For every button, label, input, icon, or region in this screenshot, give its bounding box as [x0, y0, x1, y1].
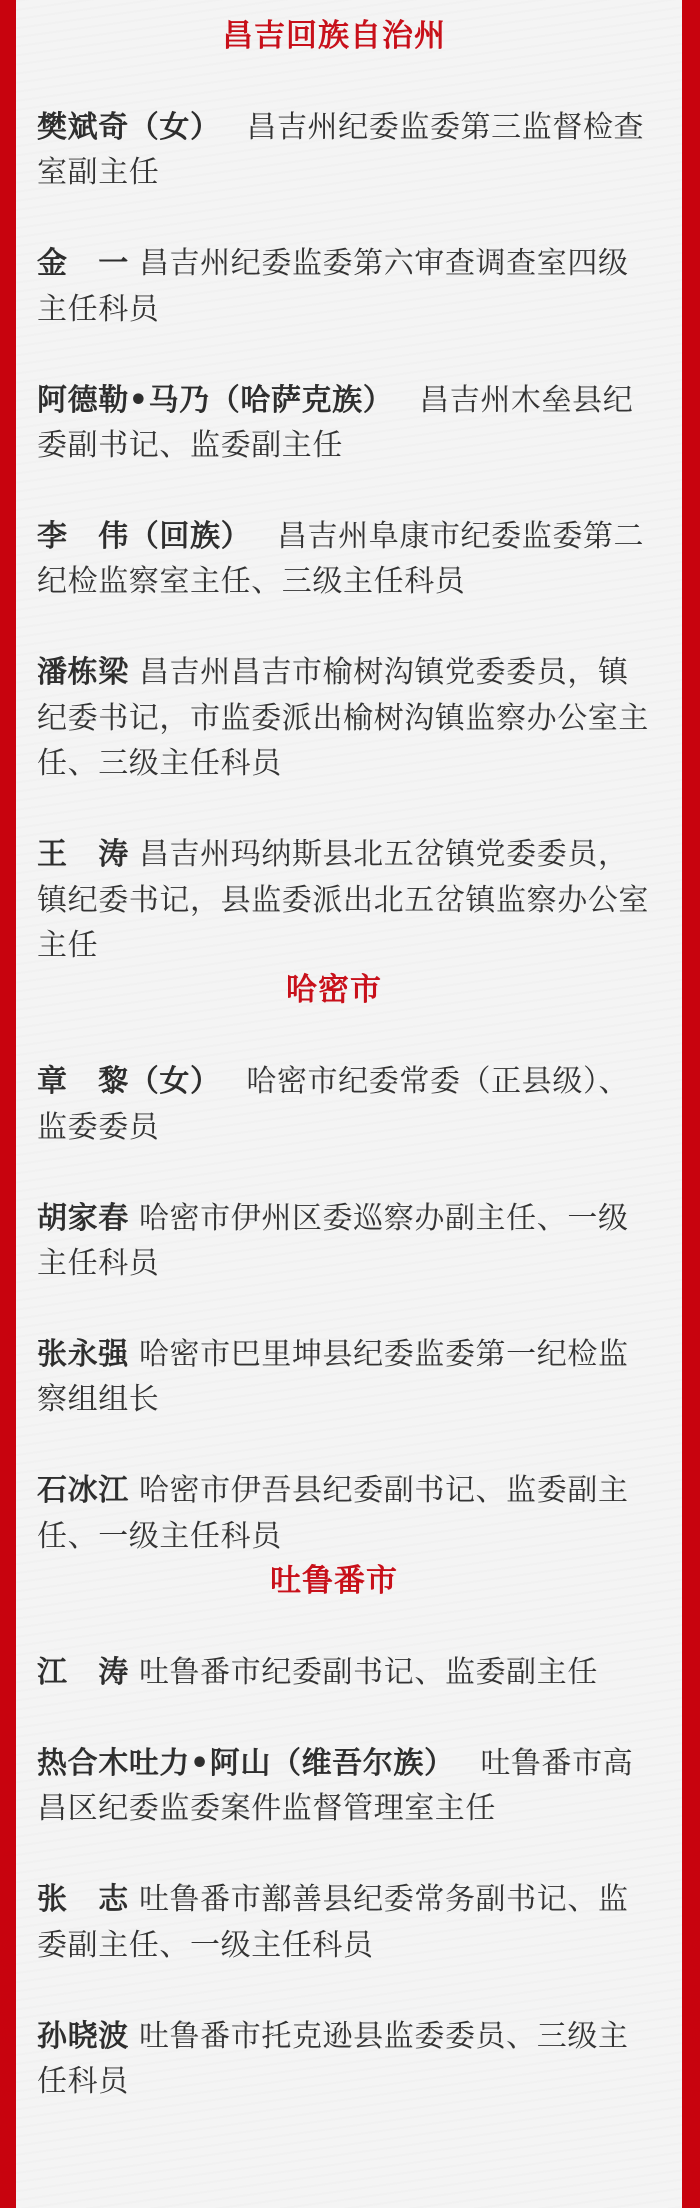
section-hami: 哈密市 章 黎（女） 哈密市纪委常委（正县级）、监委委员 胡家春 哈密市伊州区委… [37, 968, 657, 1559]
separator [378, 383, 419, 418]
separator [129, 655, 139, 690]
person-name: 章 黎（女） [37, 1064, 206, 1099]
list-item: 江 涛 吐鲁番市纪委副书记、监委副主任 [37, 1650, 657, 1695]
person-name: 热合木吐力•阿山（维吾尔族） [37, 1746, 440, 1781]
separator [129, 1337, 139, 1372]
document-content: 昌吉回族自治州 樊斌奇（女） 昌吉州纪委监委第三监督检查室副主任 金 一 昌吉州… [37, 14, 657, 2105]
separator [129, 837, 139, 872]
section-title: 吐鲁番市 [0, 1559, 668, 1604]
list-item: 章 黎（女） 哈密市纪委常委（正县级）、监委委员 [37, 1059, 657, 1150]
separator [236, 519, 277, 554]
person-name: 张永强 [37, 1337, 129, 1372]
list-item: 阿德勒•马乃（哈萨克族） 昌吉州木垒县纪委副书记、监委副主任 [37, 378, 657, 469]
list-item: 李 伟（回族） 昌吉州阜康市纪委监委第二纪检监察室主任、三级主任科员 [37, 514, 657, 605]
separator [440, 1746, 481, 1781]
section-title: 昌吉回族自治州 [0, 14, 668, 59]
list-item: 热合木吐力•阿山（维吾尔族） 吐鲁番市高昌区纪委监委案件监督管理室主任 [37, 1741, 657, 1832]
section-title: 哈密市 [0, 968, 668, 1013]
list-item: 孙晓波 吐鲁番市托克逊县监委委员、三级主任科员 [37, 2014, 657, 2105]
section-changji: 昌吉回族自治州 樊斌奇（女） 昌吉州纪委监委第三监督检查室副主任 金 一 昌吉州… [37, 14, 657, 968]
list-item: 张永强 哈密市巴里坤县纪委监委第一纪检监察组组长 [37, 1332, 657, 1423]
person-name: 孙晓波 [37, 2019, 129, 2054]
separator [206, 1064, 247, 1099]
list-item: 张 志 吐鲁番市鄯善县纪委常务副书记、监委副主任、一级主任科员 [37, 1877, 657, 1968]
person-name: 金 一 [37, 246, 129, 281]
person-position: 吐鲁番市纪委副书记、监委副主任 [139, 1655, 598, 1690]
list-item: 潘栋梁 昌吉州昌吉市榆树沟镇党委委员，镇纪委书记，市监委派出榆树沟镇监察办公室主… [37, 650, 657, 786]
separator [129, 1201, 139, 1236]
separator [129, 1882, 139, 1917]
list-item: 樊斌奇（女） 昌吉州纪委监委第三监督检查室副主任 [37, 105, 657, 196]
person-name: 潘栋梁 [37, 655, 129, 690]
left-red-border [0, 0, 16, 2208]
person-name: 石冰江 [37, 1473, 129, 1508]
separator [129, 1655, 139, 1690]
person-name: 王 涛 [37, 837, 129, 872]
list-item: 王 涛 昌吉州玛纳斯县北五岔镇党委委员，镇纪委书记，县监委派出北五岔镇监察办公室… [37, 832, 657, 968]
right-red-border [682, 0, 700, 2208]
section-turpan: 吐鲁番市 江 涛 吐鲁番市纪委副书记、监委副主任 热合木吐力•阿山（维吾尔族） … [37, 1559, 657, 2104]
list-item: 金 一 昌吉州纪委监委第六审查调查室四级主任科员 [37, 241, 657, 332]
separator [129, 2019, 139, 2054]
person-name: 李 伟（回族） [37, 519, 236, 554]
separator [206, 110, 247, 145]
person-name: 胡家春 [37, 1201, 129, 1236]
list-item: 石冰江 哈密市伊吾县纪委副书记、监委副主任、一级主任科员 [37, 1468, 657, 1559]
separator [129, 246, 139, 281]
person-name: 江 涛 [37, 1655, 129, 1690]
list-item: 胡家春 哈密市伊州区委巡察办副主任、一级主任科员 [37, 1196, 657, 1287]
person-name: 樊斌奇（女） [37, 110, 206, 145]
person-name: 张 志 [37, 1882, 129, 1917]
separator [129, 1473, 139, 1508]
person-name: 阿德勒•马乃（哈萨克族） [37, 383, 378, 418]
